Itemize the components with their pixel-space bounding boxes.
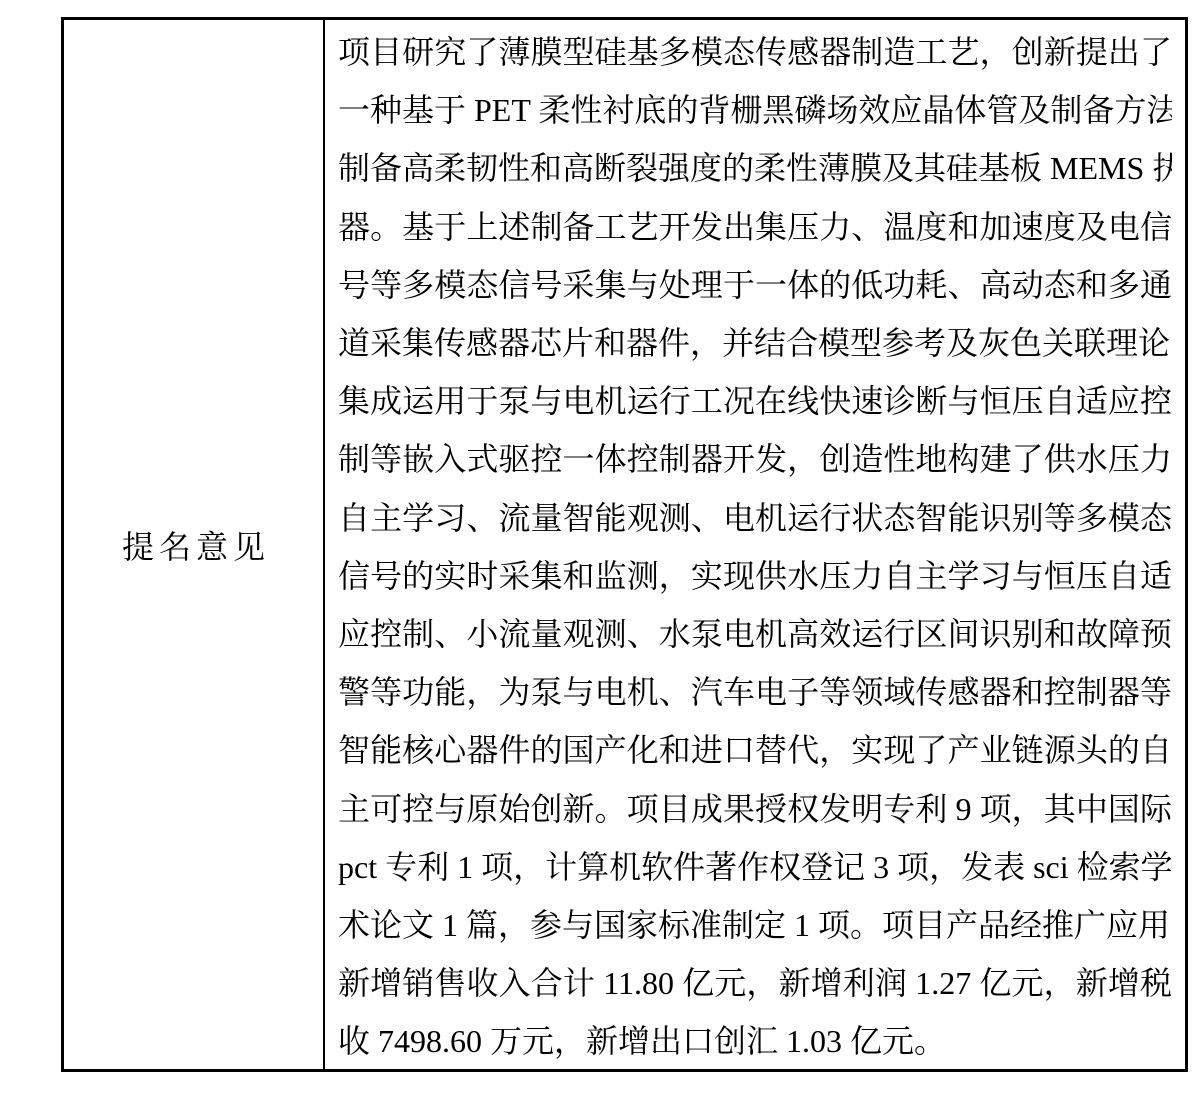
- opinion-text-line: 警等功能，为泵与电机、汽车电子等领域传感器和控制器等: [338, 663, 1172, 721]
- opinion-text-line: 收 7498.60 万元，新增出口创汇 1.03 亿元。: [338, 1012, 1172, 1069]
- opinion-text-line: 自主学习、流量智能观测、电机运行状态智能识别等多模态: [338, 489, 1172, 547]
- opinion-text-line: 应控制、小流量观测、水泵电机高效运行区间识别和故障预: [338, 605, 1172, 663]
- opinion-text-line: 制备高柔韧性和高断裂强度的柔性薄膜及其硅基板 MEMS 执行: [338, 139, 1172, 197]
- opinion-text-line: 智能核心器件的国产化和进口替代，实现了产业链源头的自: [338, 721, 1172, 779]
- opinion-cell: 项目研究了薄膜型硅基多模态传感器制造工艺，创新提出了一种基于 PET 柔性衬底的…: [325, 20, 1185, 1069]
- row-header-label: 提名意见: [122, 522, 270, 568]
- opinion-text-line: 号等多模态信号采集与处理于一体的低功耗、高动态和多通: [338, 256, 1172, 314]
- opinion-text-line: 新增销售收入合计 11.80 亿元，新增利润 1.27 亿元，新增税: [338, 954, 1172, 1012]
- opinion-text-line: 主可控与原始创新。项目成果授权发明专利 9 项，其中国际: [338, 780, 1172, 838]
- opinion-text-line: 一种基于 PET 柔性衬底的背栅黑磷场效应晶体管及制备方法，: [338, 81, 1172, 139]
- opinion-text-line: 制等嵌入式驱控一体控制器开发，创造性地构建了供水压力: [338, 430, 1172, 488]
- opinion-text: 项目研究了薄膜型硅基多模态传感器制造工艺，创新提出了一种基于 PET 柔性衬底的…: [338, 23, 1172, 1069]
- opinion-text-line: 信号的实时采集和监测，实现供水压力自主学习与恒压自适: [338, 547, 1172, 605]
- document-page: 提名意见 项目研究了薄膜型硅基多模态传感器制造工艺，创新提出了一种基于 PET …: [0, 0, 1200, 1120]
- opinion-text-line: pct 专利 1 项，计算机软件著作权登记 3 项，发表 sci 检索学: [338, 838, 1172, 896]
- opinion-text-line: 项目研究了薄膜型硅基多模态传感器制造工艺，创新提出了: [338, 23, 1172, 81]
- opinion-text-line: 术论文 1 篇，参与国家标准制定 1 项。项目产品经推广应用，: [338, 896, 1172, 954]
- row-header-cell: 提名意见: [64, 20, 325, 1069]
- opinion-text-line: 道采集传感器芯片和器件，并结合模型参考及灰色关联理论，: [338, 314, 1172, 372]
- opinion-text-line: 器。基于上述制备工艺开发出集压力、温度和加速度及电信: [338, 198, 1172, 256]
- opinion-text-line: 集成运用于泵与电机运行工况在线快速诊断与恒压自适应控: [338, 372, 1172, 430]
- nomination-opinion-table: 提名意见 项目研究了薄膜型硅基多模态传感器制造工艺，创新提出了一种基于 PET …: [61, 17, 1188, 1072]
